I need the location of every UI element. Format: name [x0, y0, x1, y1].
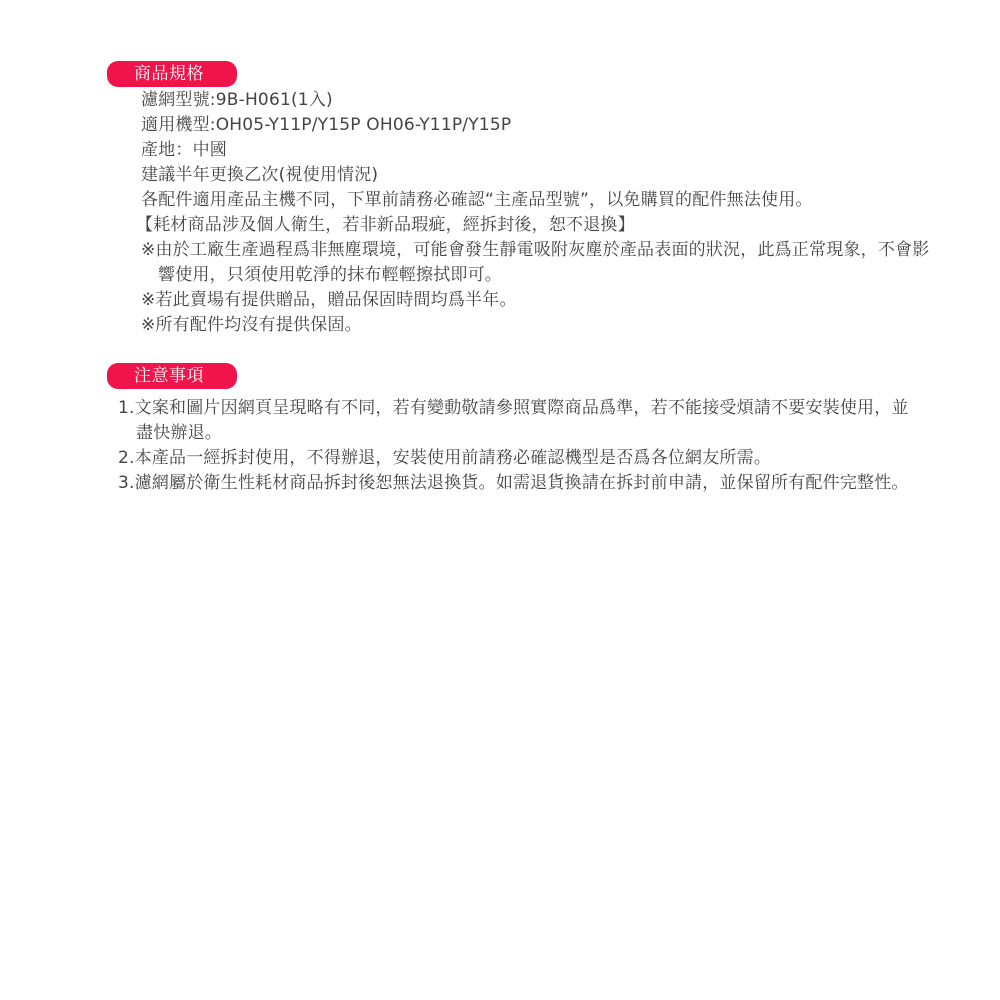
notice-item: 1.文案和圖片因網頁呈現略有不同，若有變動敬請參照實際商品爲準，若不能接受煩請不… [118, 396, 918, 446]
spec-replacement-interval: 建議半年更換乙次(視使用情況) [141, 163, 921, 188]
spec-dust-note: ※由於工廠生產過程爲非無塵環境，可能會發生靜電吸附灰塵於產品表面的狀況，此爲正常… [141, 238, 933, 288]
notice-number: 2. [118, 446, 135, 471]
spec-no-warranty-note: ※所有配件均沒有提供保固。 [141, 313, 921, 338]
section-title-notices: 注意事項 [107, 363, 237, 389]
notice-number: 1. [118, 396, 135, 421]
notice-text: 濾網屬於衛生性耗材商品拆封後恕無法退換貨。如需退貨換請在拆封前申請，並保留所有配… [135, 473, 909, 493]
notice-text: 本產品一經拆封使用，不得辦退，安裝使用前請務必確認機型是否爲各位網友所需。 [135, 448, 771, 468]
notices-list: 1.文案和圖片因網頁呈現略有不同，若有變動敬請參照實際商品爲準，若不能接受煩請不… [118, 396, 918, 496]
spec-gift-warranty-note: ※若此賣場有提供贈品，贈品保固時間均爲半年。 [141, 288, 921, 313]
spec-no-return-notice: 【耗材商品涉及個人衛生，若非新品瑕疵，經拆封後，恕不退換】 [136, 213, 921, 238]
notice-number: 3. [118, 471, 135, 496]
notice-item: 2.本產品一經拆封使用，不得辦退，安裝使用前請務必確認機型是否爲各位網友所需。 [118, 446, 918, 471]
notice-text: 文案和圖片因網頁呈現略有不同，若有變動敬請參照實際商品爲準，若不能接受煩請不要安… [135, 398, 909, 443]
notice-item: 3.濾網屬於衛生性耗材商品拆封後恕無法退換貨。如需退貨換請在拆封前申請，並保留所… [118, 471, 918, 496]
spec-origin: 產地：中國 [141, 138, 921, 163]
spec-filter-model: 濾網型號:9B-H061(1入) [141, 88, 921, 113]
spec-compatible-models: 適用機型:OH05-Y11P/Y15P OH06-Y11P/Y15P [141, 113, 921, 138]
section-title-product-specs: 商品規格 [107, 61, 237, 87]
product-specs-list: 濾網型號:9B-H061(1入) 適用機型:OH05-Y11P/Y15P OH0… [141, 88, 921, 338]
spec-compatibility-warning: 各配件適用產品主機不同，下單前請務必確認“主產品型號”，以免購買的配件無法使用。 [141, 188, 921, 213]
